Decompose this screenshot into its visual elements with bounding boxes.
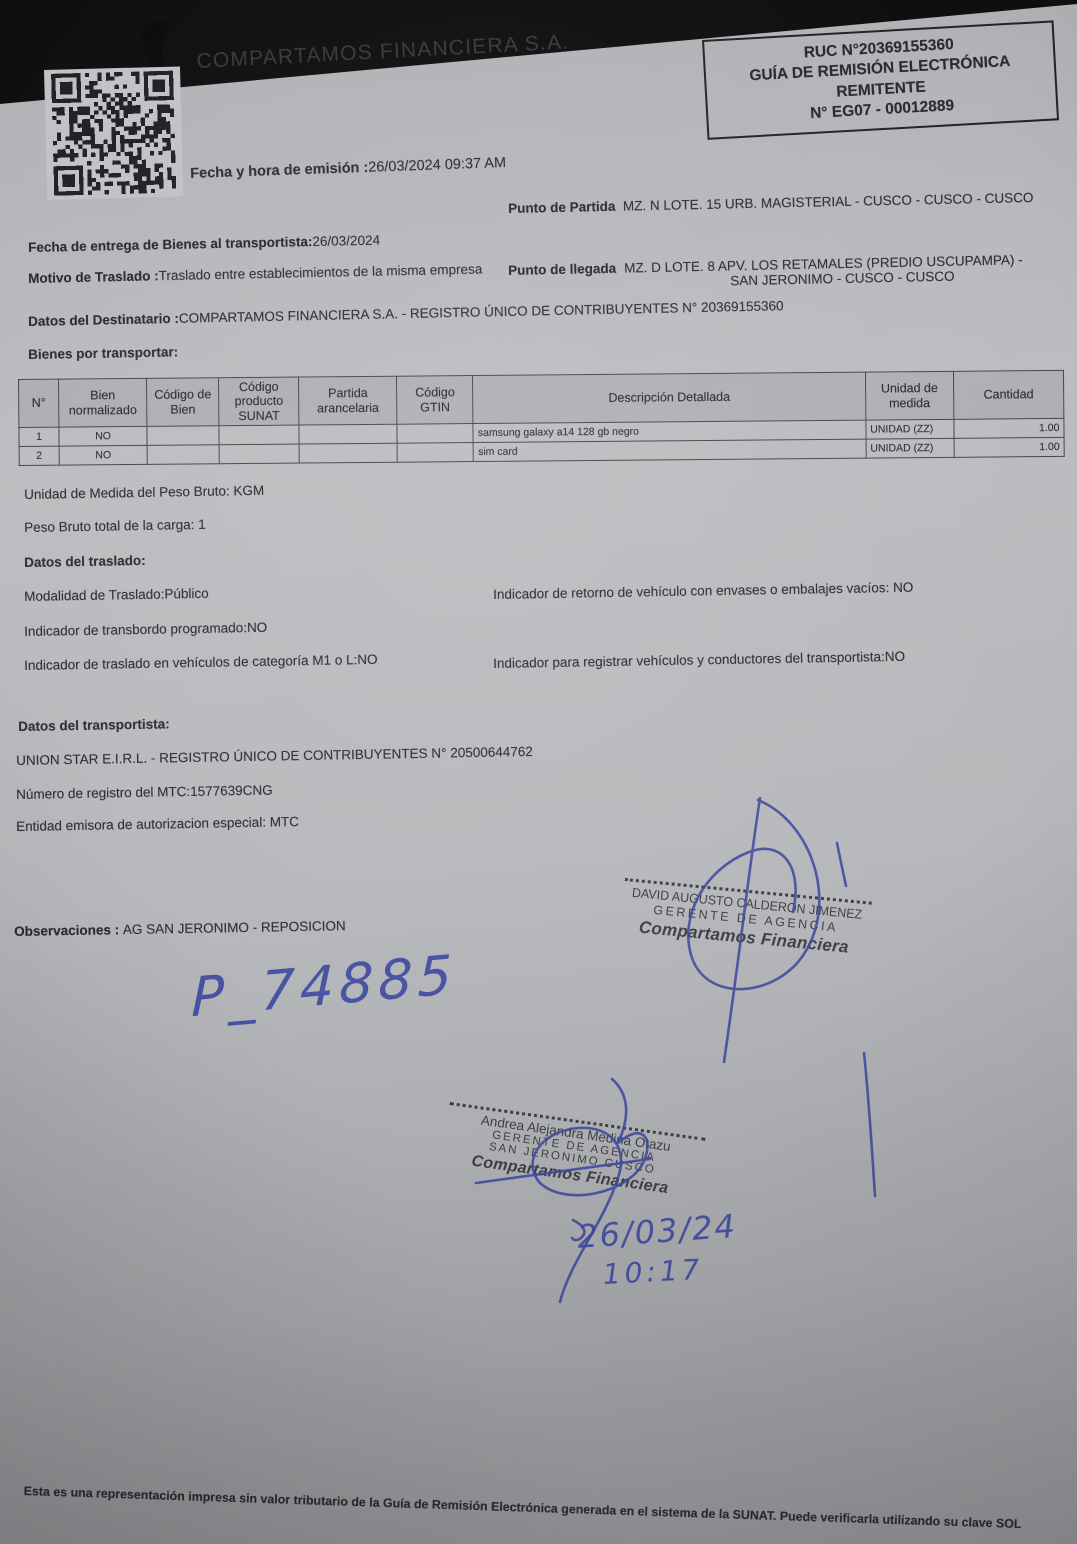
cell-bien-normalizado: NO (59, 445, 147, 465)
datos-traslado-label: Datos del traslado: (24, 553, 146, 570)
col-bien-normalizado: Bien normalizado (59, 378, 147, 427)
cell-partida (299, 424, 397, 444)
col-numero: N° (19, 379, 59, 427)
datos-transportista-label: Datos del transportista: (18, 716, 170, 734)
ruc-document-box: RUC N°20369155360 GUÍA DE REMISIÓN ELECT… (702, 20, 1059, 139)
cell-unidad: UNIDAD (ZZ) (866, 419, 954, 439)
cell-codigo-bien (147, 426, 219, 446)
cell-gtin (397, 443, 473, 463)
cell-bien-normalizado: NO (59, 426, 147, 446)
col-codigo-sunat: Código producto SUNAT (219, 377, 299, 426)
document-paper (0, 0, 1077, 1544)
handwritten-time: 10:17 (602, 1253, 704, 1291)
cell-unidad: UNIDAD (ZZ) (866, 438, 954, 458)
col-cantidad: Cantidad (953, 370, 1064, 419)
cell-codigo-sunat (219, 425, 299, 445)
cell-cantidad: 1.00 (954, 418, 1064, 438)
bienes-section-label: Bienes por transportar: (28, 344, 178, 362)
cell-partida (299, 443, 397, 463)
goods-table: N° Bien normalizado Código de Bien Códig… (18, 370, 1065, 466)
punto-partida-label: Punto de Partida (508, 199, 616, 216)
cell-codigo-bien (147, 445, 219, 465)
col-descripcion: Descripción Detallada (473, 372, 866, 423)
fecha-entrega-value: 26/03/2024 (312, 233, 380, 249)
col-unidad-medida: Unidad de medida (865, 371, 953, 420)
col-codigo-bien: Código de Bien (147, 378, 219, 427)
cell-cantidad: 1.00 (954, 437, 1064, 457)
cell-descripcion: sim card (473, 439, 866, 461)
document-photo: COMPARTAMOS FINANCIERA S.A. Fecha y hora… (0, 0, 1077, 1544)
col-partida-arancelaria: Partida arancelaria (299, 376, 398, 425)
modalidad-line: Modalidad de Traslado:Público (24, 586, 209, 604)
cell-gtin (397, 424, 473, 444)
col-codigo-gtin: Código GTIN (397, 376, 473, 425)
destinatario-label: Datos del Destinatario : (28, 311, 179, 329)
peso-total-line: Peso Bruto total de la carga: 1 (24, 517, 206, 535)
cell-numero: 1 (19, 427, 59, 446)
motivo-label: Motivo de Traslado : (28, 268, 159, 286)
qr-code (44, 66, 183, 200)
punto-llegada-label: Punto de llegada (508, 261, 617, 293)
observaciones-label: Observaciones : (14, 922, 119, 939)
cell-codigo-sunat (219, 444, 299, 464)
cell-numero: 2 (19, 446, 59, 465)
